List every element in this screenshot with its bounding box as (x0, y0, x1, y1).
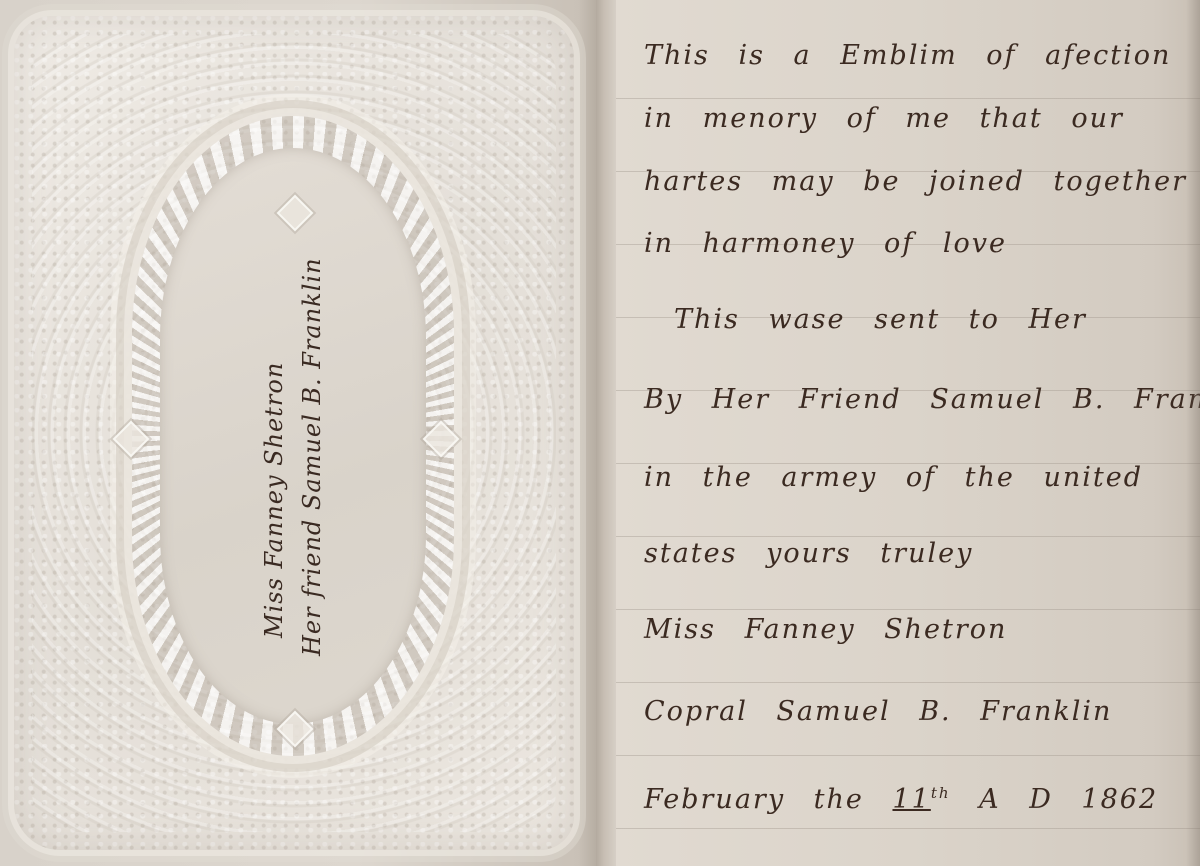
date-day: 11 (892, 784, 930, 815)
embossed-lace-card: Miss Fanney Shetron Her friend Samuel B.… (14, 16, 574, 850)
left-page: Miss Fanney Shetron Her friend Samuel B.… (0, 0, 596, 866)
letter-line: This wase sent to Her (674, 304, 1176, 335)
letter-line: in the armey of the united (644, 462, 1176, 493)
letter-line: in harmoney of love (644, 228, 1176, 259)
date-month: February the (644, 784, 864, 815)
date-day-suffix: th (931, 784, 951, 802)
letter-line: states yours truley (644, 538, 1176, 569)
right-page-letter: This is a Emblim of afection in menory o… (616, 0, 1200, 866)
letter-spread: Miss Fanney Shetron Her friend Samuel B.… (0, 0, 1200, 866)
letter-signature-recipient: Miss Fanney Shetron (644, 614, 1176, 645)
card-inscription: Miss Fanney Shetron Her friend Samuel B.… (248, 216, 338, 656)
letter-line: By Her Friend Samuel B. Franklin (644, 384, 1176, 415)
letter-signature-sender: Copral Samuel B. Franklin (644, 696, 1176, 727)
date-era-year: A D 1862 (979, 784, 1158, 815)
letter-line: in menory of me that our (644, 103, 1176, 134)
inscription-recipient: Miss Fanney Shetron (260, 216, 288, 656)
letter-line: This is a Emblim of afection (644, 40, 1176, 71)
letter-date-line: February the 11th A D 1862 (644, 784, 1176, 815)
inscription-sender: Her friend Samuel B. Franklin (298, 216, 326, 656)
letter-line: hartes may be joined together (644, 166, 1176, 197)
book-spine (596, 0, 616, 866)
